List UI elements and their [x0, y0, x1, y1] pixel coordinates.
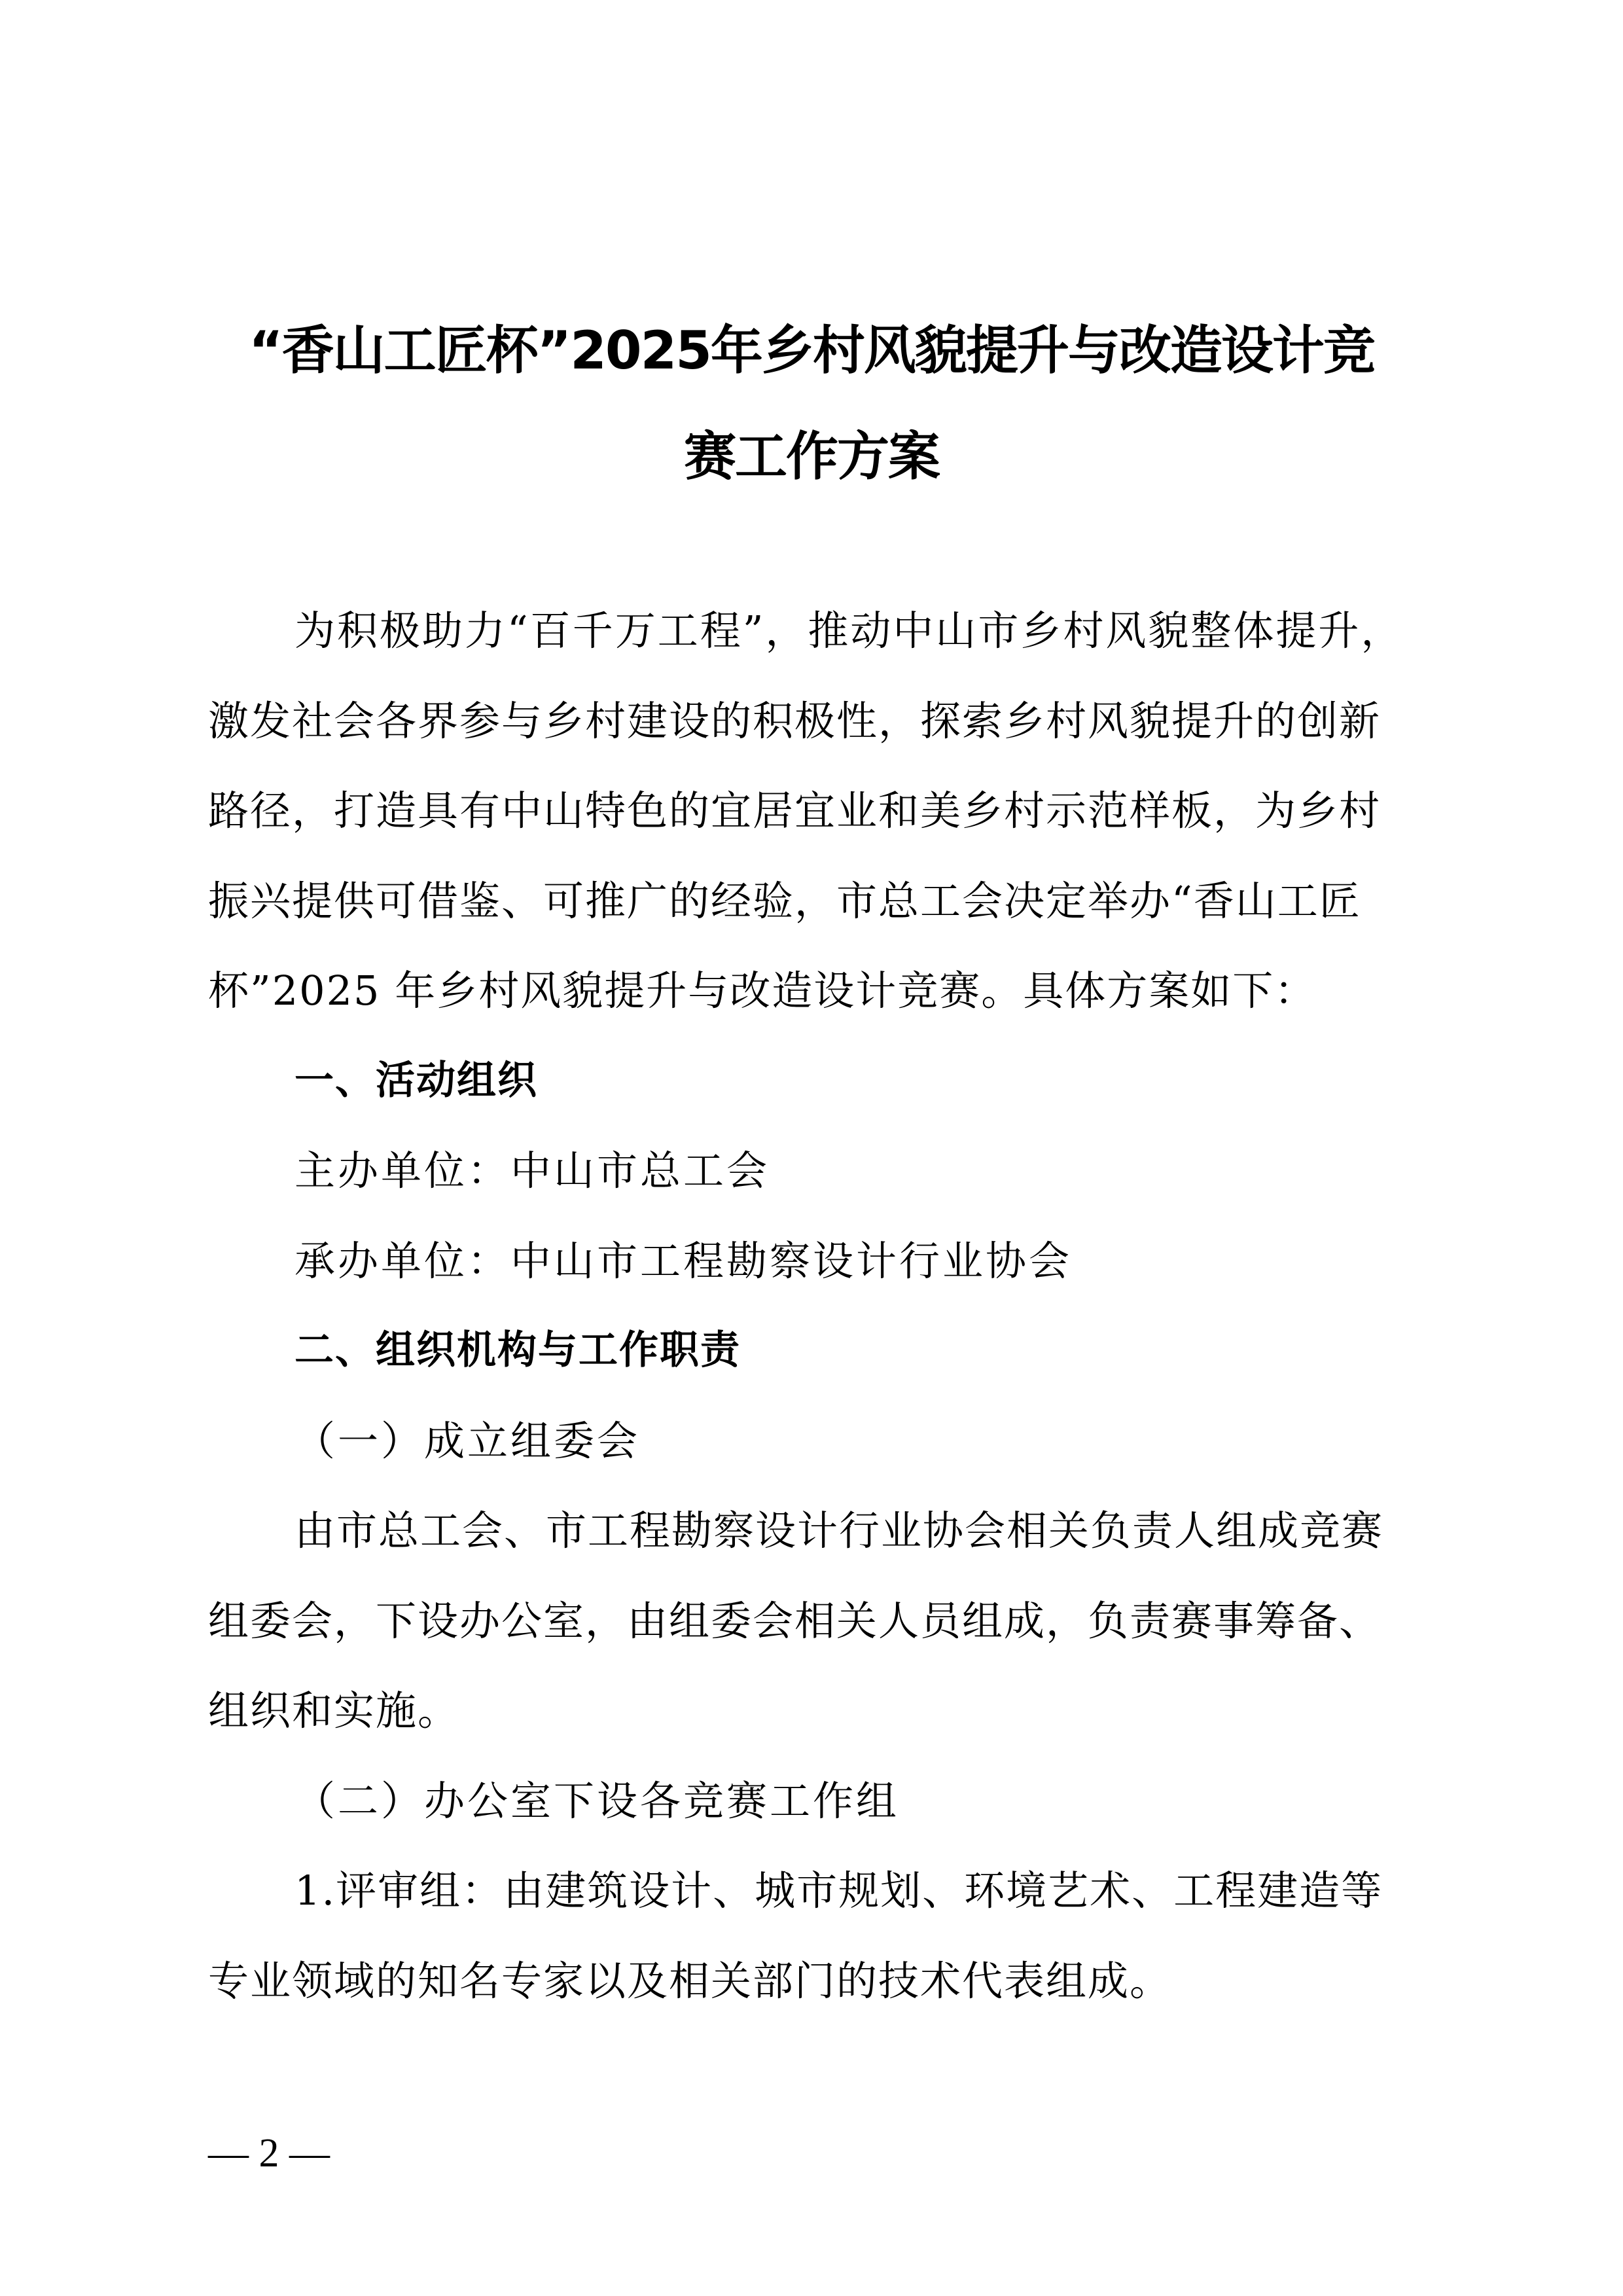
- committee-line-3: 组织和实施。: [208, 1666, 1419, 1756]
- organizer-line: 主办单位：中山市总工会: [208, 1126, 1419, 1216]
- intro-line-1: 为积极助力“百千万工程”，推动中山市乡村风貌整体提升，: [208, 586, 1419, 676]
- intro-line-3: 路径，打造具有中山特色的宜居宜业和美乡村示范样板，为乡村: [208, 766, 1419, 856]
- section-2-heading: 二、组织机构与工作职责: [208, 1306, 1419, 1396]
- page-number: — 2 —: [208, 2130, 330, 2176]
- document-page: “香山工匠杯”2025年乡村风貌提升与改造设计竞 赛工作方案 为积极助力“百千万…: [0, 0, 1623, 2296]
- document-body: 为积极助力“百千万工程”，推动中山市乡村风貌整体提升， 激发社会各界参与乡村建设…: [208, 586, 1419, 2026]
- intro-line-4: 振兴提供可借鉴、可推广的经验，市总工会决定举办“香山工匠: [208, 856, 1419, 946]
- section-1-heading: 一、活动组织: [208, 1036, 1419, 1126]
- title-line-1: “香山工匠杯”2025年乡村风貌提升与改造设计竞: [196, 298, 1427, 404]
- title-line-2: 赛工作方案: [196, 404, 1427, 510]
- review-group-line-2: 专业领域的知名专家以及相关部门的技术代表组成。: [208, 1936, 1419, 2026]
- subsection-1-heading: （一）成立组委会: [208, 1396, 1419, 1486]
- intro-paragraph: 为积极助力“百千万工程”，推动中山市乡村风貌整体提升， 激发社会各界参与乡村建设…: [208, 586, 1419, 1036]
- committee-line-2: 组委会，下设办公室，由组委会相关人员组成，负责赛事筹备、: [208, 1576, 1419, 1666]
- intro-line-2: 激发社会各界参与乡村建设的积极性，探索乡村风貌提升的创新: [208, 676, 1419, 766]
- subsection-2-heading: （二）办公室下设各竞赛工作组: [208, 1756, 1419, 1846]
- review-group-line-1: 1.评审组：由建筑设计、城市规划、环境艺术、工程建造等: [208, 1846, 1419, 1936]
- co-organizer-line: 承办单位：中山市工程勘察设计行业协会: [208, 1216, 1419, 1306]
- intro-line-5: 杯”2025 年乡村风貌提升与改造设计竞赛。具体方案如下：: [208, 946, 1419, 1036]
- review-group-paragraph: 1.评审组：由建筑设计、城市规划、环境艺术、工程建造等 专业领域的知名专家以及相…: [208, 1846, 1419, 2026]
- committee-paragraph: 由市总工会、市工程勘察设计行业协会相关负责人组成竞赛 组委会，下设办公室，由组委…: [208, 1486, 1419, 1756]
- document-title: “香山工匠杯”2025年乡村风貌提升与改造设计竞 赛工作方案: [196, 298, 1427, 510]
- committee-line-1: 由市总工会、市工程勘察设计行业协会相关负责人组成竞赛: [208, 1486, 1419, 1576]
